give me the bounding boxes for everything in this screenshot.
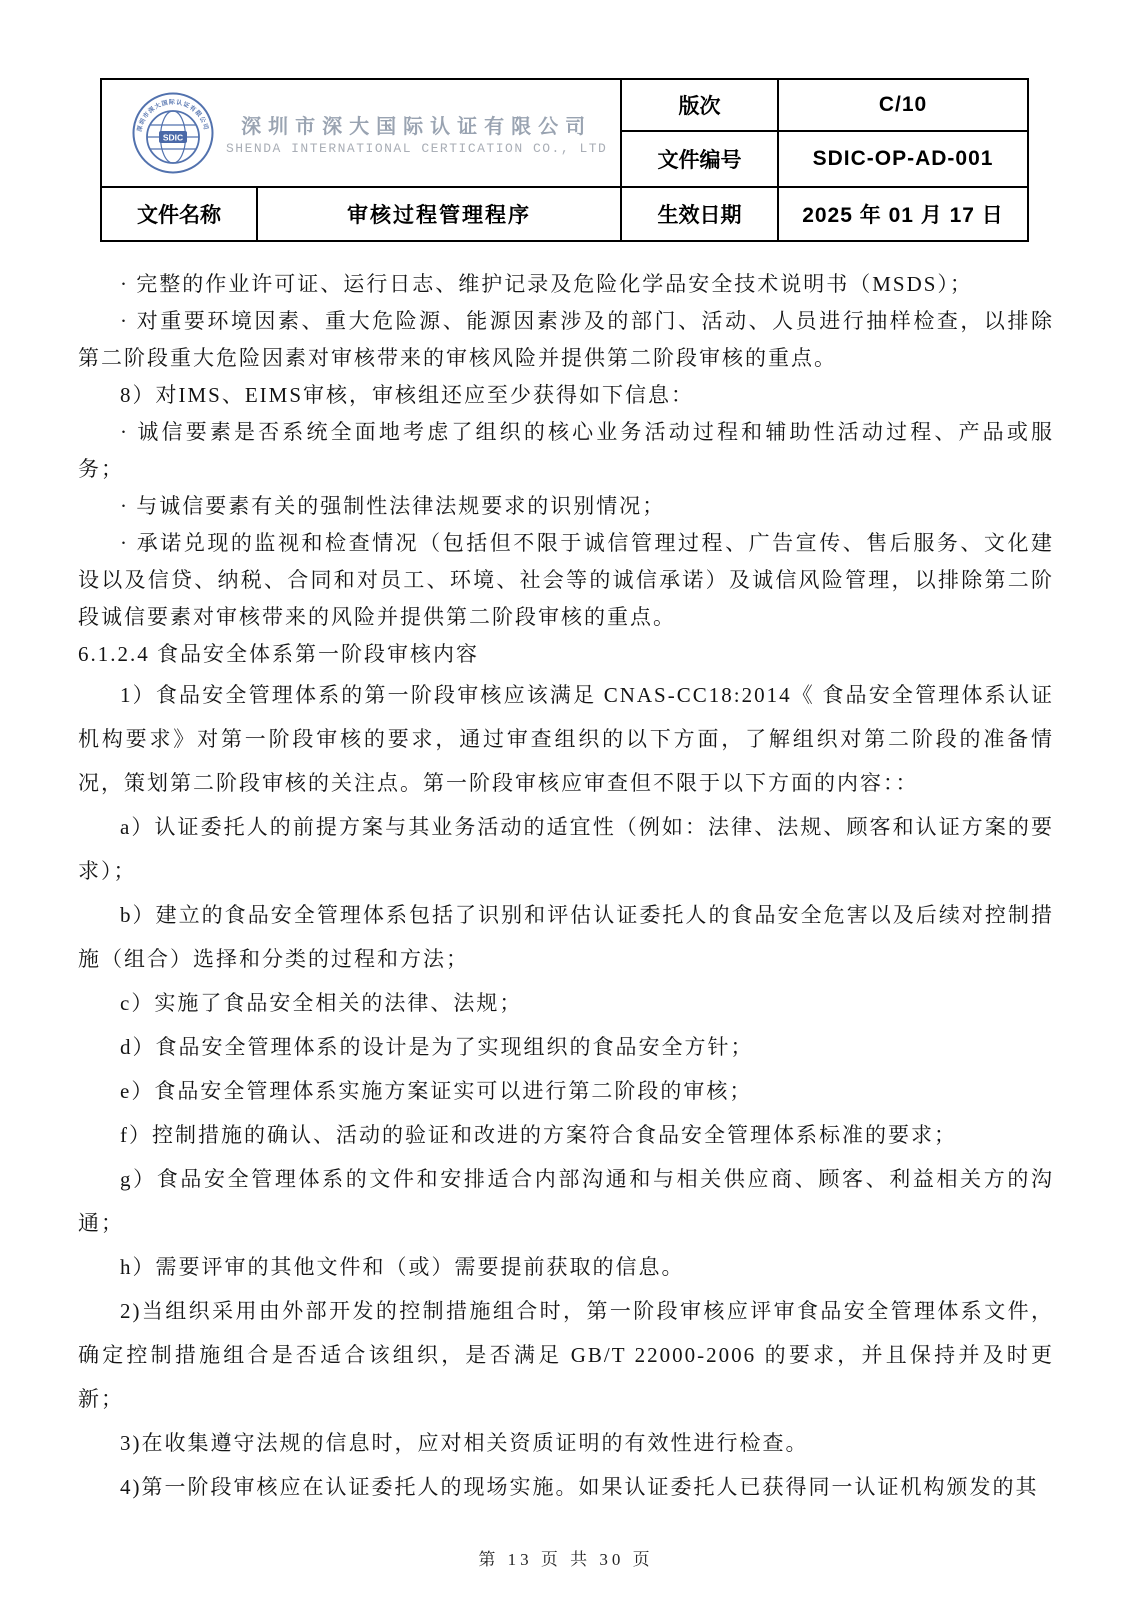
paragraph: c）实施了食品安全相关的法律、法规； bbox=[78, 981, 1054, 1025]
paragraph: 3)在收集遵守法规的信息时，应对相关资质证明的有效性进行检查。 bbox=[78, 1421, 1054, 1465]
effective-date-label: 生效日期 bbox=[621, 187, 778, 241]
company-name-en: SHENDA INTERNATIONAL CERTICATION CO., LT… bbox=[226, 141, 607, 156]
company-names: 深圳市深大国际认证有限公司 SHENDA INTERNATIONAL CERTI… bbox=[226, 110, 607, 156]
document-header-table: 深圳市深大国际认证有限公司 SDIC 深圳市深大国际认证有限公司 bbox=[100, 78, 1029, 242]
sdic-badge-label: SDIC bbox=[163, 133, 183, 143]
paragraph: · 对重要环境因素、重大危险源、能源因素涉及的部门、活动、人员进行抽样检查，以排… bbox=[78, 303, 1054, 377]
paragraph: · 诚信要素是否系统全面地考虑了组织的核心业务活动过程和辅助性活动过程、产品或服… bbox=[78, 414, 1054, 488]
paragraph: b）建立的食品安全管理体系包括了识别和评估认证委托人的食品安全危害以及后续对控制… bbox=[78, 893, 1054, 981]
paragraph: 6.1.2.4 食品安全体系第一阶段审核内容 bbox=[78, 636, 1054, 673]
paragraph: f）控制措施的确认、活动的验证和改进的方案符合食品安全管理体系标准的要求； bbox=[78, 1113, 1054, 1157]
paragraph: g）食品安全管理体系的文件和安排适合内部沟通和与相关供应商、顾客、利益相关方的沟… bbox=[78, 1157, 1054, 1245]
company-logo-cell: 深圳市深大国际认证有限公司 SDIC 深圳市深大国际认证有限公司 bbox=[101, 79, 621, 187]
paragraph: · 承诺兑现的监视和检查情况（包括但不限于诚信管理过程、广告宣传、售后服务、文化… bbox=[78, 525, 1054, 636]
document-body: · 完整的作业许可证、运行日志、维护记录及危险化学品安全技术说明书（MSDS）；… bbox=[78, 266, 1054, 1509]
company-logo: 深圳市深大国际认证有限公司 SDIC 深圳市深大国际认证有限公司 bbox=[102, 92, 620, 174]
paragraph: · 与诚信要素有关的强制性法律法规要求的识别情况； bbox=[78, 488, 1054, 525]
company-name-cn: 深圳市深大国际认证有限公司 bbox=[226, 110, 607, 139]
paragraph: a）认证委托人的前提方案与其业务活动的适宜性（例如：法律、法规、顾客和认证方案的… bbox=[78, 805, 1054, 893]
paragraph: d）食品安全管理体系的设计是为了实现组织的食品安全方针； bbox=[78, 1025, 1054, 1069]
doc-name-value: 审核过程管理程序 bbox=[257, 187, 621, 241]
page-number: 第 13 页 共 30 页 bbox=[78, 1545, 1054, 1570]
paragraph: e）食品安全管理体系实施方案证实可以进行第二阶段的审核； bbox=[78, 1069, 1054, 1113]
paragraph: 8）对IMS、EIMS审核，审核组还应至少获得如下信息： bbox=[78, 377, 1054, 414]
paragraph: · 完整的作业许可证、运行日志、维护记录及危险化学品安全技术说明书（MSDS）； bbox=[78, 266, 1054, 303]
version-label: 版次 bbox=[621, 79, 778, 131]
effective-date-value: 2025 年 01 月 17 日 bbox=[778, 187, 1028, 241]
doc-number-value: SDIC-OP-AD-001 bbox=[778, 131, 1028, 187]
version-value: C/10 bbox=[778, 79, 1028, 131]
document-page: 深圳市深大国际认证有限公司 SDIC 深圳市深大国际认证有限公司 bbox=[0, 0, 1131, 1600]
sdic-globe-logo-icon: 深圳市深大国际认证有限公司 SDIC bbox=[132, 92, 214, 174]
doc-number-label: 文件编号 bbox=[621, 131, 778, 187]
paragraph: 4)第一阶段审核应在认证委托人的现场实施。如果认证委托人已获得同一认证机构颁发的… bbox=[78, 1465, 1054, 1509]
doc-name-label: 文件名称 bbox=[101, 187, 257, 241]
paragraph: h）需要评审的其他文件和（或）需要提前获取的信息。 bbox=[78, 1245, 1054, 1289]
paragraph: 2)当组织采用由外部开发的控制措施组合时，第一阶段审核应评审食品安全管理体系文件… bbox=[78, 1289, 1054, 1421]
paragraph: 1）食品安全管理体系的第一阶段审核应该满足 CNAS-CC18:2014《 食品… bbox=[78, 673, 1054, 805]
